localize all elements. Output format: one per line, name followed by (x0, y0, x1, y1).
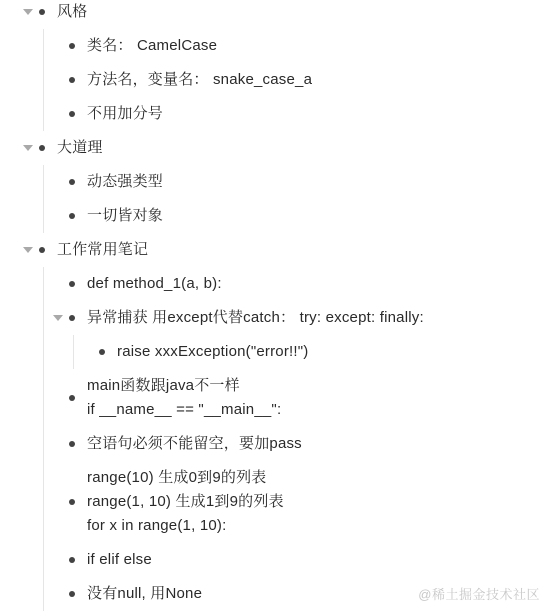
indent-guide-group: 动态强类型 一切皆对象 (43, 165, 550, 233)
toggle-spacer (50, 170, 66, 194)
bullet-icon[interactable] (66, 272, 87, 296)
outline-line[interactable]: range(10) 生成0到9的列表 (87, 466, 284, 490)
toggle-spacer (50, 68, 66, 92)
outline-text[interactable]: if elif else (87, 548, 152, 572)
outline-item-work-notes: 工作常用笔记 def method_1(a, b): 异常捕获 用except代… (20, 233, 550, 611)
indent-guide-group: 类名： CamelCase 方法名，变量名： snake_case_a 不用加分… (43, 29, 550, 131)
toggle-spacer (50, 490, 66, 514)
outline-text[interactable]: 不用加分号 (87, 102, 163, 126)
toggle-spacer (50, 34, 66, 58)
outline-row[interactable]: 工作常用笔记 (20, 233, 550, 267)
bullet-icon[interactable] (66, 34, 87, 58)
toggle-spacer (50, 386, 66, 410)
bullet-icon[interactable] (36, 238, 57, 262)
toggle-spacer (50, 204, 66, 228)
toggle-spacer (50, 432, 66, 456)
outline-row[interactable]: 方法名，变量名： snake_case_a (44, 63, 550, 97)
bullet-icon[interactable] (36, 0, 57, 24)
outline-item-exceptions: 异常捕获 用except代替catch： try: except: finall… (44, 301, 550, 369)
outline-text[interactable]: 没有null, 用None (87, 582, 202, 606)
outline-text[interactable]: 风格 (57, 0, 87, 24)
outline-row[interactable]: def method_1(a, b): (44, 267, 550, 301)
outline-text[interactable]: 类名： CamelCase (87, 34, 217, 58)
outline-item-principles: 大道理 动态强类型 一切皆对象 (20, 131, 550, 233)
outline-row[interactable]: 一切皆对象 (44, 199, 550, 233)
outline-text[interactable]: def method_1(a, b): (87, 272, 222, 296)
bullet-icon[interactable] (66, 582, 87, 606)
collapse-toggle-icon[interactable] (20, 0, 36, 24)
toggle-spacer (50, 102, 66, 126)
bullet-icon[interactable] (66, 386, 87, 410)
outline-row[interactable]: range(10) 生成0到9的列表 range(1, 10) 生成1到9的列表… (44, 461, 550, 543)
bullet-icon[interactable] (66, 490, 87, 514)
outline-row[interactable]: 类名： CamelCase (44, 29, 550, 63)
outline-row[interactable]: if elif else (44, 543, 550, 577)
bullet-icon[interactable] (96, 340, 117, 364)
bullet-icon[interactable] (36, 136, 57, 160)
outline-text[interactable]: 一切皆对象 (87, 204, 163, 228)
outline-row[interactable]: 不用加分号 (44, 97, 550, 131)
watermark: @稀土掘金技术社区 (418, 584, 540, 603)
outline-row[interactable]: 动态强类型 (44, 165, 550, 199)
outline-row[interactable]: 大道理 (20, 131, 550, 165)
indent-guide-group: raise xxxException("error!!") (73, 335, 550, 369)
toggle-spacer (80, 340, 96, 364)
outline-row[interactable]: 空语句必须不能留空，要加pass (44, 427, 550, 461)
outline-item-style: 风格 类名： CamelCase 方法名，变量名： snake_case_a 不… (20, 0, 550, 131)
bullet-icon[interactable] (66, 548, 87, 572)
outline-line[interactable]: if __name__ == "__main__": (87, 398, 281, 422)
outline-text[interactable]: raise xxxException("error!!") (117, 340, 309, 364)
outline-text[interactable]: range(10) 生成0到9的列表 range(1, 10) 生成1到9的列表… (87, 466, 284, 538)
outline-line[interactable]: main函数跟java不一样 (87, 374, 281, 398)
notes-outline: 风格 类名： CamelCase 方法名，变量名： snake_case_a 不… (0, 0, 550, 611)
outline-text[interactable]: 空语句必须不能留空，要加pass (87, 432, 302, 456)
bullet-icon[interactable] (66, 306, 87, 330)
outline-text[interactable]: main函数跟java不一样 if __name__ == "__main__"… (87, 374, 281, 422)
bullet-icon[interactable] (66, 204, 87, 228)
toggle-spacer (50, 548, 66, 572)
outline-row[interactable]: raise xxxException("error!!") (74, 335, 550, 369)
outline-line[interactable]: range(1, 10) 生成1到9的列表 (87, 490, 284, 514)
outline-text[interactable]: 大道理 (57, 136, 103, 160)
outline-line[interactable]: for x in range(1, 10): (87, 514, 284, 538)
outline-text[interactable]: 异常捕获 用except代替catch： try: except: finall… (87, 306, 424, 330)
outline-text[interactable]: 方法名，变量名： snake_case_a (87, 68, 312, 92)
outline-text[interactable]: 动态强类型 (87, 170, 163, 194)
outline-row[interactable]: main函数跟java不一样 if __name__ == "__main__"… (44, 369, 550, 427)
outline-text[interactable]: 工作常用笔记 (57, 238, 148, 262)
collapse-toggle-icon[interactable] (50, 306, 66, 330)
indent-guide-group: def method_1(a, b): 异常捕获 用except代替catch：… (43, 267, 550, 611)
outline-row[interactable]: 异常捕获 用except代替catch： try: except: finall… (44, 301, 550, 335)
bullet-icon[interactable] (66, 68, 87, 92)
toggle-spacer (50, 272, 66, 296)
bullet-icon[interactable] (66, 170, 87, 194)
bullet-icon[interactable] (66, 102, 87, 126)
bullet-icon[interactable] (66, 432, 87, 456)
toggle-spacer (50, 582, 66, 606)
collapse-toggle-icon[interactable] (20, 238, 36, 262)
collapse-toggle-icon[interactable] (20, 136, 36, 160)
outline-row[interactable]: 风格 (20, 0, 550, 29)
